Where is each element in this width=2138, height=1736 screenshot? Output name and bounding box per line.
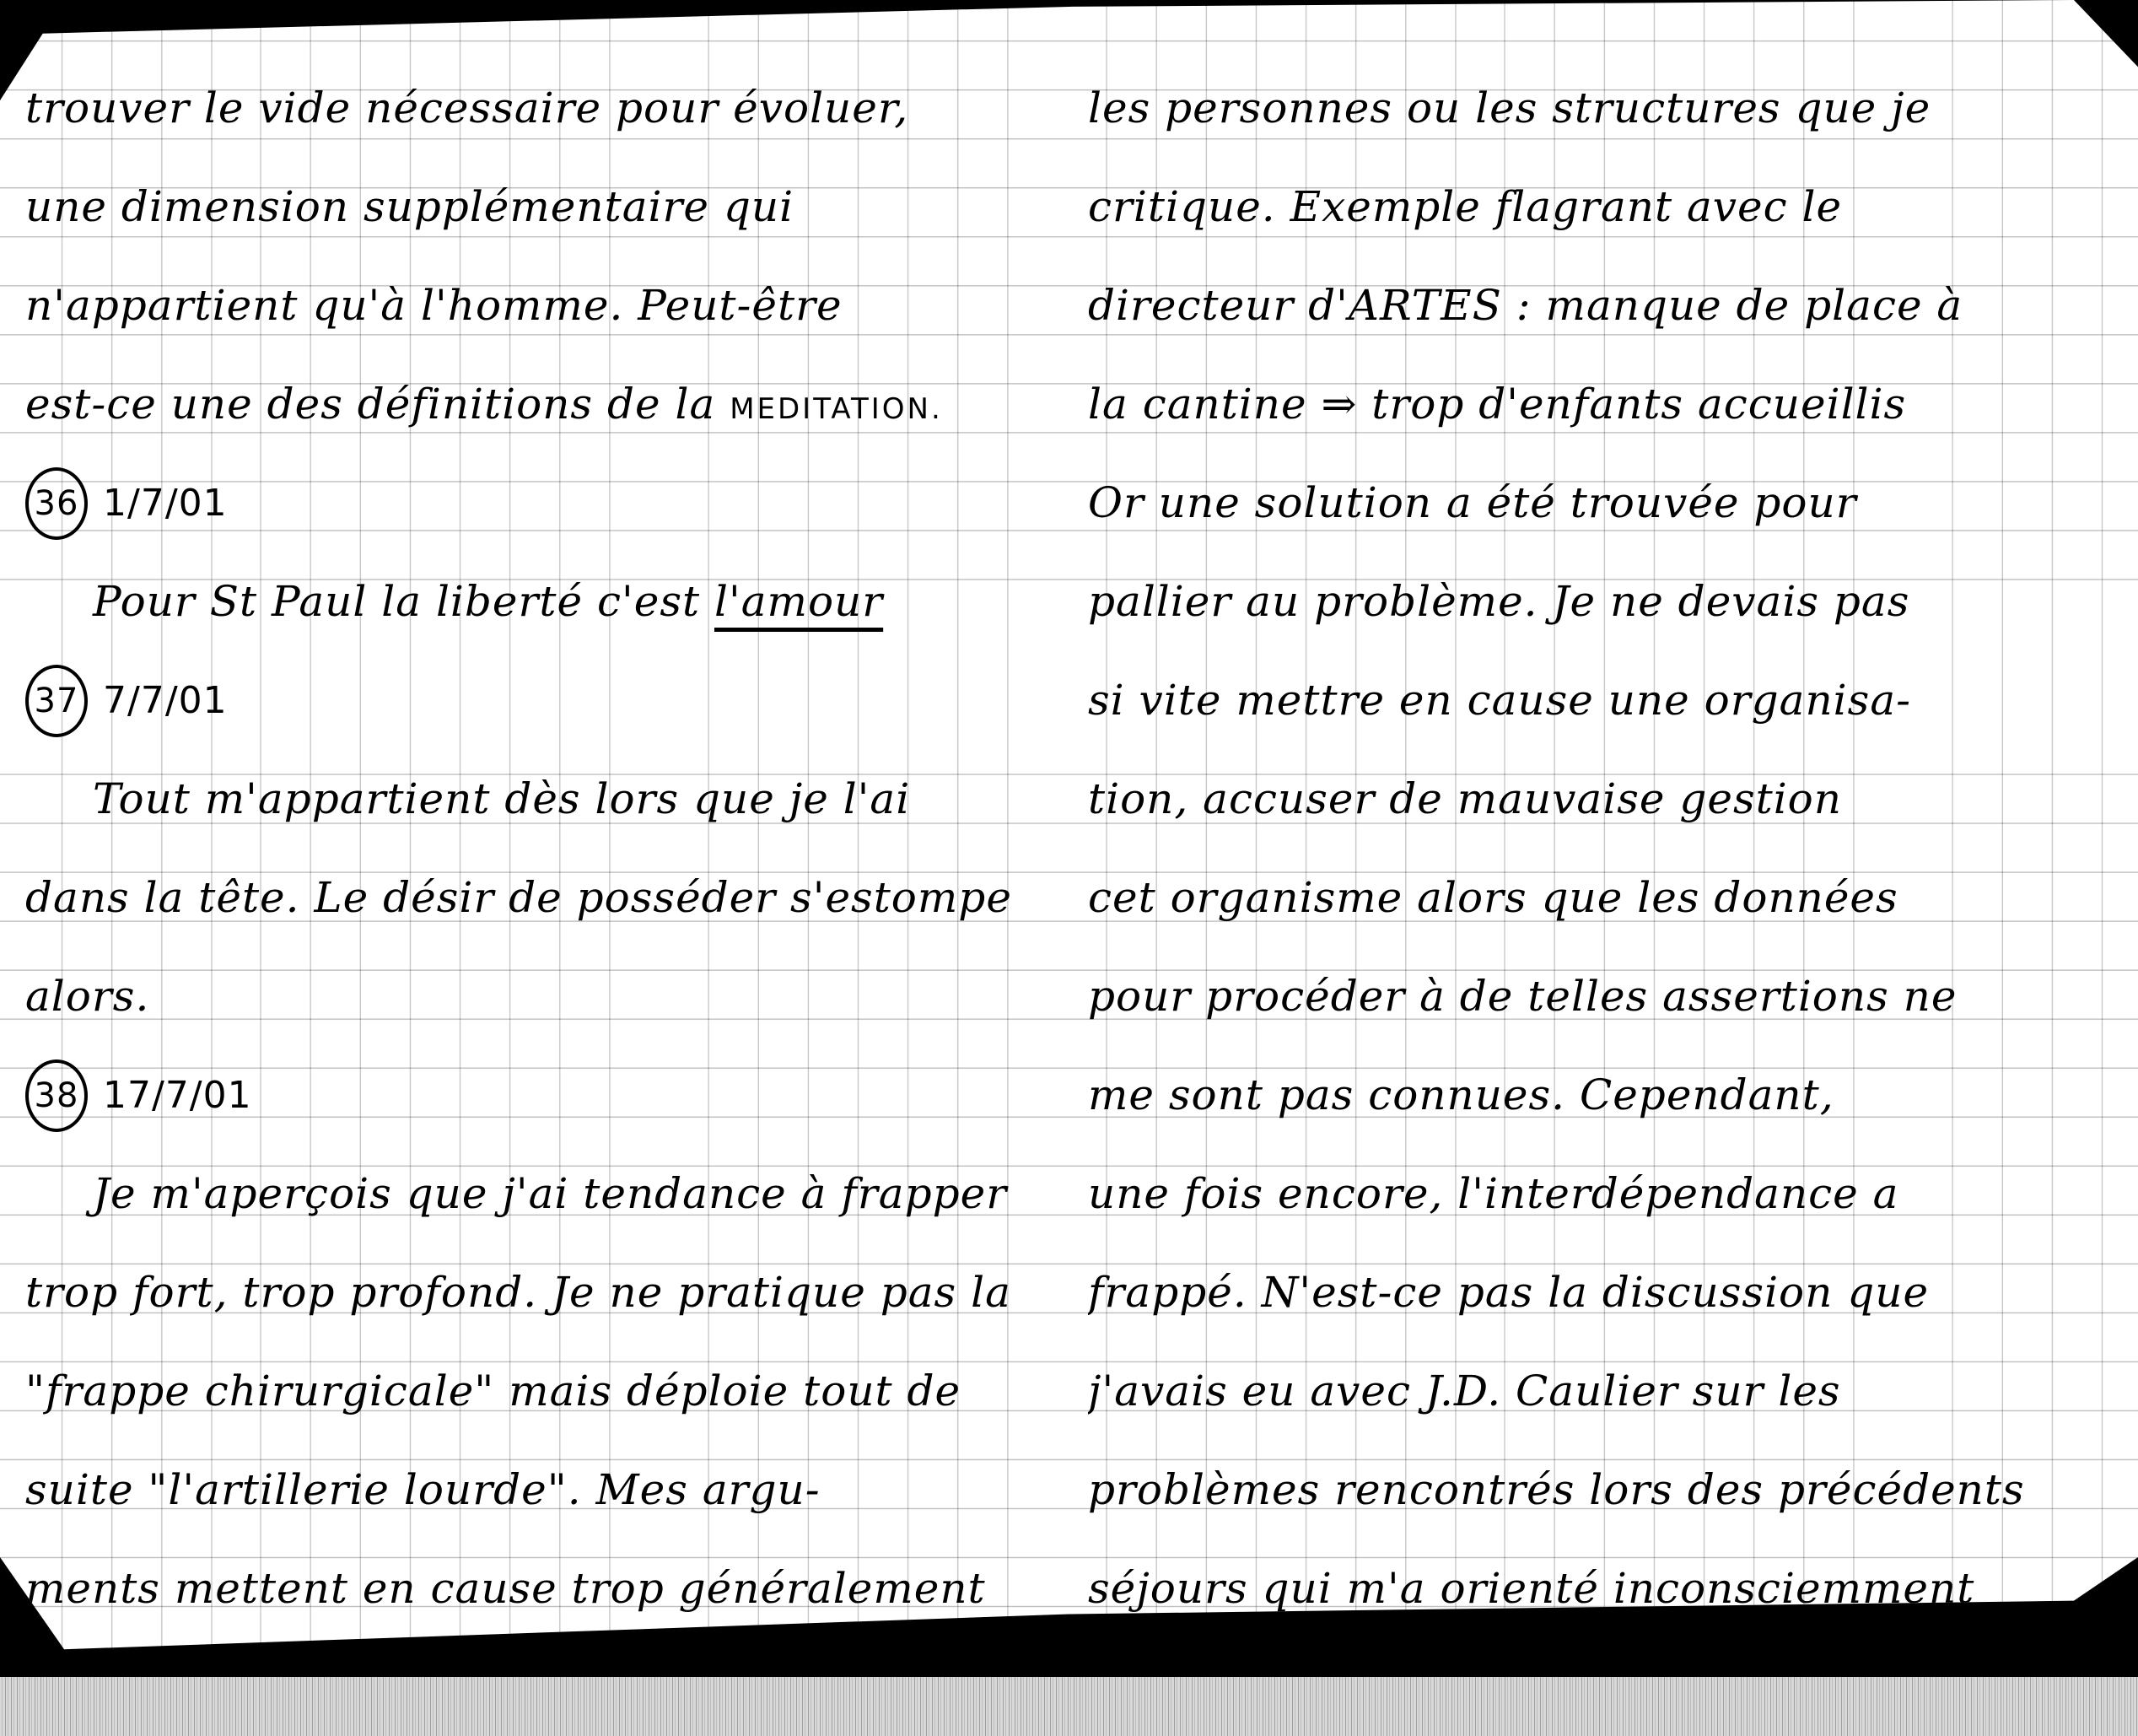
text-line: Tout m'appartient dès lors que je l'ai (25, 750, 1080, 849)
entry-header: 377/7/01 (25, 651, 1080, 750)
text-line: la cantine ⇒ trop d'enfants accueillis (1088, 355, 2138, 454)
left-column: trouver le vide nécessaire pour évoluer,… (25, 59, 1080, 1638)
text-line: n'appartient qu'à l'homme. Peut-être (25, 256, 1080, 355)
caps-word: MEDITATION. (730, 392, 943, 426)
entry-number-circle: 38 (25, 1059, 88, 1132)
text-line: critique. Exemple flagrant avec le (1088, 158, 2138, 256)
text-line: les personnes ou les structures que je (1088, 59, 2138, 158)
entry-header: 361/7/01 (25, 454, 1080, 553)
line-text: est-ce une des définitions de la (25, 380, 715, 429)
text-line: ments mettent en cause trop généralement (25, 1539, 1080, 1638)
text-line: une dimension supplémentaire qui (25, 158, 1080, 256)
notebook-page: trouver le vide nécessaire pour évoluer,… (0, 0, 2138, 1674)
text-line: frappé. N'est-ce pas la discussion que (1088, 1243, 2138, 1342)
entry-date: 1/7/01 (103, 454, 228, 553)
underlined-word: l'amour (714, 577, 883, 626)
text-line: pour procéder à de telles assertions ne (1088, 947, 2138, 1046)
text-line: pallier au problème. Je ne devais pas (1088, 553, 2138, 651)
text-line: directeur d'ARTES : manque de place à (1088, 256, 2138, 355)
text-line: "frappe chirurgicale" mais déploie tout … (25, 1342, 1080, 1441)
text-line: tion, accuser de mauvaise gestion (1088, 750, 2138, 849)
line-text: Pour St Paul la liberté c'est (93, 577, 700, 626)
entry-date: 17/7/01 (103, 1046, 252, 1145)
text-line: cet organisme alors que les données (1088, 849, 2138, 947)
text-line: problèmes rencontrés lors des précédents (1088, 1441, 2138, 1539)
text-line: suite "l'artillerie lourde". Mes argu- (25, 1441, 1080, 1539)
text-line: trouver le vide nécessaire pour évoluer, (25, 59, 1080, 158)
text-line: Je m'aperçois que j'ai tendance à frappe… (25, 1145, 1080, 1243)
entry-number-circle: 37 (25, 665, 88, 737)
text-line: alors. (25, 947, 1080, 1046)
text-line: dans la tête. Le désir de posséder s'est… (25, 849, 1080, 947)
text-line: Or une solution a été trouvée pour (1088, 454, 2138, 553)
entry-header: 3817/7/01 (25, 1046, 1080, 1145)
text-line: une fois encore, l'interdépendance a (1088, 1145, 2138, 1243)
text-line: j'avais eu avec J.D. Caulier sur les (1088, 1342, 2138, 1441)
text-line: Pour St Paul la liberté c'est l'amour (25, 553, 1080, 651)
text-line: si vite mettre en cause une organisa- (1088, 651, 2138, 750)
entry-date: 7/7/01 (103, 651, 228, 750)
text-line: trop fort, trop profond. Je ne pratique … (25, 1243, 1080, 1342)
text-line: me sont pas connues. Cependant, (1088, 1046, 2138, 1145)
entry-number-circle: 36 (25, 467, 88, 540)
right-column: les personnes ou les structures que jecr… (1088, 59, 2138, 1638)
text-line: est-ce une des définitions de la MEDITAT… (25, 355, 1080, 454)
scan-edge-noise (0, 1677, 2138, 1736)
text-line: séjours qui m'a orienté inconsciemment (1088, 1539, 2138, 1638)
